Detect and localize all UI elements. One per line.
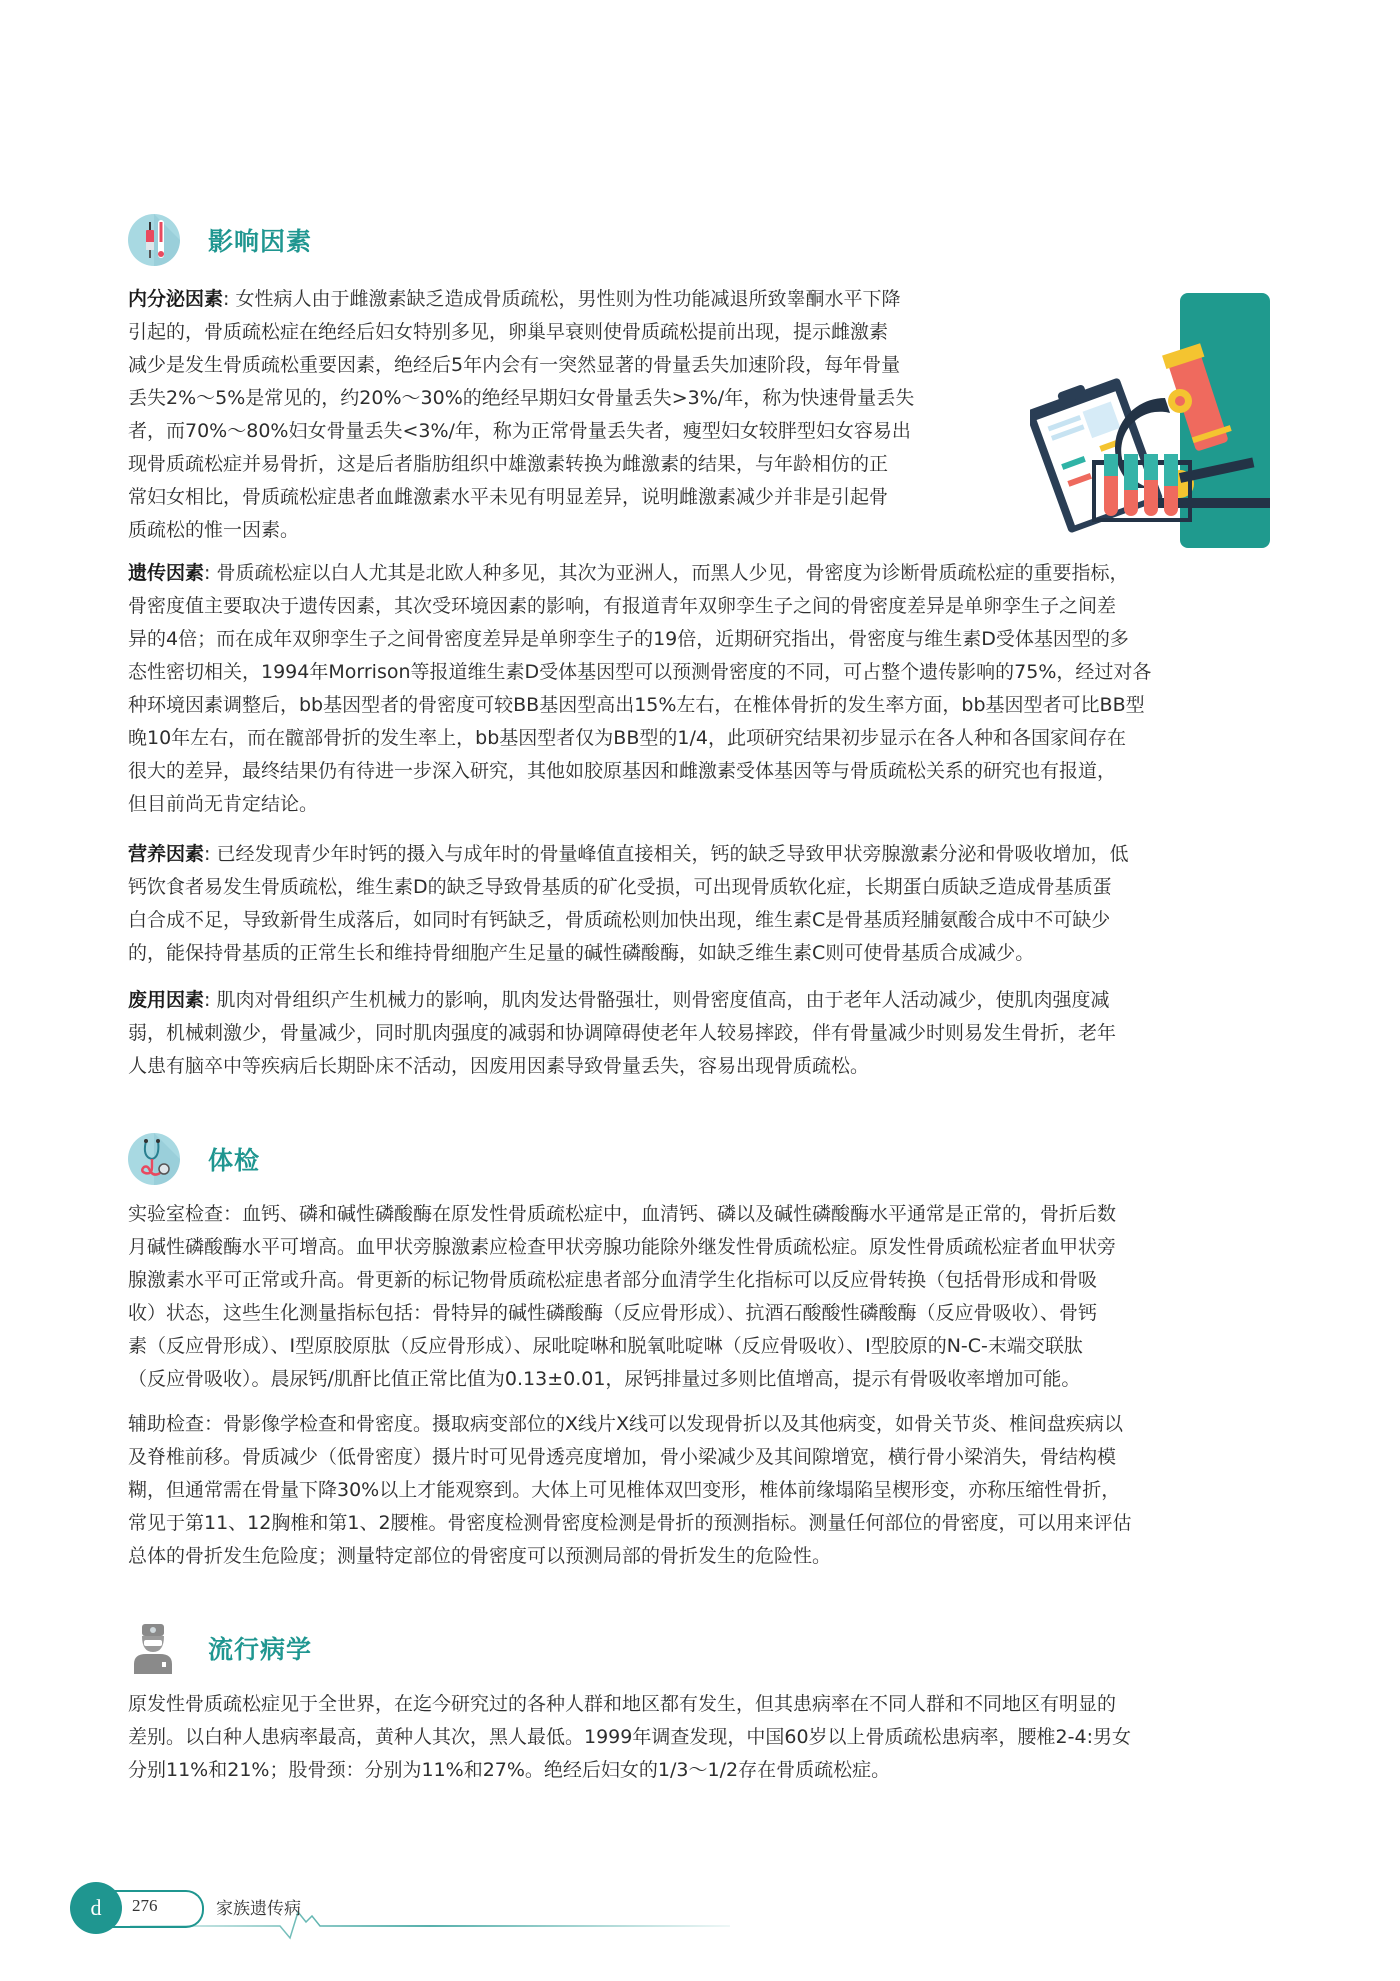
paragraph-genetic-factors: 遗传因素: 骨质疏松症以白人尤其是北欧人种多见，其次为亚洲人，而黑人少见，骨密度… <box>128 557 1288 821</box>
paragraph-nutrition-factors: 营养因素: 已经发现青少年时钙的摄入与成年时的骨量峰值直接相关，钙的缺乏导致甲状… <box>128 838 1288 970</box>
paragraph-lead: 废用因素 <box>128 989 204 1011</box>
page-number: 276 <box>132 1896 158 1916</box>
document-page: 影响因素 内分泌因素: 女性病人由于雌激素缺乏造成骨质疏松，男性则为性功能减退所… <box>0 0 1400 1981</box>
paragraph-lead: 营养因素 <box>128 843 204 865</box>
paragraph-disuse-factors: 废用因素: 肌肉对骨组织产生机械力的影响，肌肉发达骨骼强壮，则骨密度值高，由于老… <box>128 984 1288 1083</box>
paragraph-lead: 遗传因素 <box>128 562 204 584</box>
page-footer: d 276 家族遗传病 <box>70 1882 730 1942</box>
section-header-influencing-factors: 影响因素 <box>128 212 312 268</box>
section-header-epidemiology: 流行病学 <box>128 1620 312 1676</box>
section-title: 体检 <box>208 1141 260 1177</box>
footer-badge: d <box>70 1882 122 1934</box>
paragraph-epidemiology: 原发性骨质疏松症见于全世界，在迄今研究过的各种人群和地区都有发生，但其患病率在不… <box>128 1688 1288 1787</box>
section-title: 流行病学 <box>208 1630 312 1666</box>
microscope-lab-illustration-icon <box>1030 288 1290 558</box>
book-title: 家族遗传病 <box>216 1894 301 1919</box>
paragraph-lab-tests: 实验室检查：血钙、磷和碱性磷酸酶在原发性骨质疏松症中，血清钙、磷以及碱性磷酸酶水… <box>128 1198 1288 1396</box>
paragraph-endocrine-factors: 内分泌因素: 女性病人由于雌激素缺乏造成骨质疏松，男性则为性功能减退所致睾酮水平… <box>128 283 1008 547</box>
section-header-physical-exam: 体检 <box>128 1131 260 1187</box>
section-title: 影响因素 <box>208 222 312 258</box>
doctor-avatar-icon <box>128 1622 180 1674</box>
paragraph-lead: 内分泌因素 <box>128 288 223 310</box>
paragraph-auxiliary-tests: 辅助检查：骨影像学检查和骨密度。摄取病变部位的X线片X线可以发现骨折以及其他病变… <box>128 1408 1288 1573</box>
stethoscope-icon <box>128 1133 180 1185</box>
syringe-thermometer-icon <box>128 214 180 266</box>
